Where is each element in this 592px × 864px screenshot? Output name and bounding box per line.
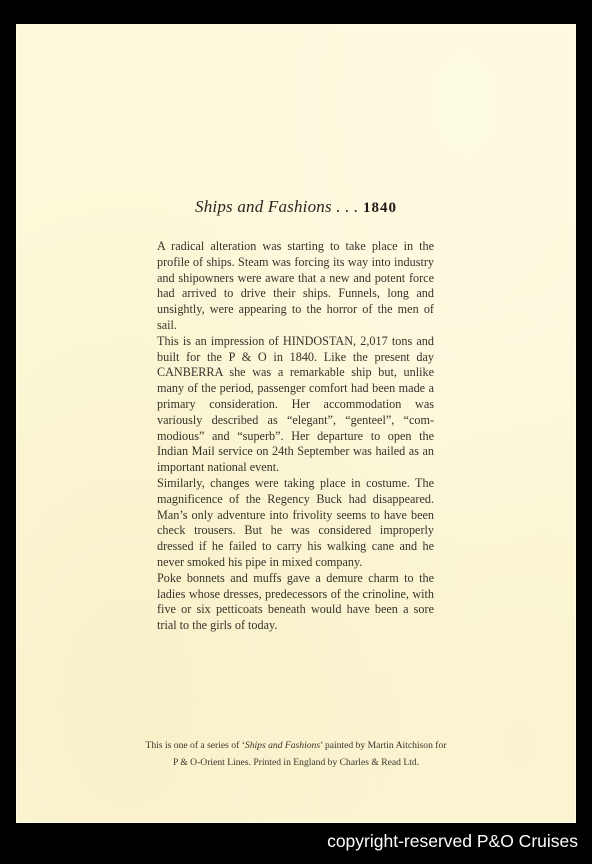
body-text: A radical alteration was starting to tak… xyxy=(157,239,434,634)
document-page: Ships and Fashions . . . 1840 A radical … xyxy=(16,24,576,823)
title-year: 1840 xyxy=(363,200,397,216)
footer-line-1: This is one of a series of ‘Ships and Fa… xyxy=(16,737,576,754)
footer-prefix: This is one of a series of ‘ xyxy=(146,740,245,751)
footer-series-name: Ships and Fashions xyxy=(245,740,320,751)
paragraph-hindostan: This is an impression of HINDOSTAN, 2,01… xyxy=(157,334,434,476)
footer-suffix: ’ painted by Martin Aitchison for xyxy=(320,740,446,751)
footer-line-2: P & O-Orient Lines. Printed in England b… xyxy=(16,754,576,771)
title-text: Ships and Fashions . . . xyxy=(195,197,358,216)
page-title: Ships and Fashions . . . 1840 xyxy=(16,197,576,217)
paragraph-steam: A radical alteration was starting to tak… xyxy=(157,239,434,334)
paragraph-costume: Similarly, changes were taking place in … xyxy=(157,476,434,571)
paragraph-ladies: Poke bonnets and muffs gave a demure cha… xyxy=(157,571,434,634)
copyright-watermark: copyright-reserved P&O Cruises xyxy=(327,831,578,852)
footer-credits: This is one of a series of ‘Ships and Fa… xyxy=(16,737,576,771)
